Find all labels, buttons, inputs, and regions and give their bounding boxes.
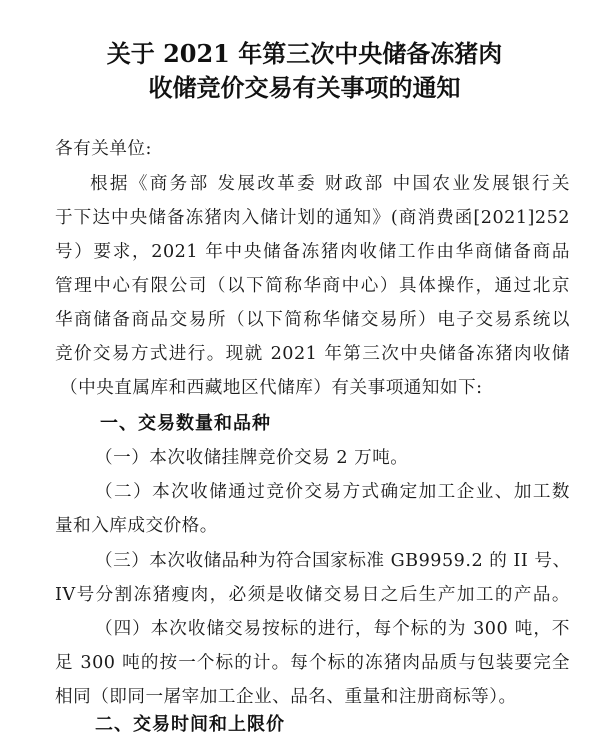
item-3-line: （三）本次收储品种为符合国家标准 GB9959.2 的 II 号、	[95, 547, 570, 572]
paragraph-1-line: （中央直属库和西藏地区代储库）有关事项通知如下:	[60, 374, 483, 399]
item-3-line: IV号分割冻猪瘦肉，必须是收储交易日之后生产加工的产品。	[55, 581, 570, 606]
document-title-line-2: 收储竞价交易有关事项的通知	[0, 68, 609, 103]
paragraph-1-line: 管理中心有限公司（以下简称华商中心）具体操作，通过北京	[55, 272, 570, 297]
paragraph-1-line: 于下达中央储备冻猪肉入储计划的通知》(商消费函[2021]252	[55, 204, 570, 229]
salutation: 各有关单位:	[55, 135, 152, 160]
item-2-line: （二）本次收储通过竞价交易方式确定加工企业、加工数	[95, 478, 570, 503]
item-4-line: 足 300 吨的按一个标的计。每个标的冻猪肉品质与包装要完全	[55, 649, 570, 674]
item-1: （一）本次收储挂牌竞价交易 2 万吨。	[95, 444, 408, 469]
item-4-line: （四）本次收储交易按标的进行，每个标的为 300 吨，不	[95, 615, 570, 640]
document-title-line-1: 关于 2021 年第三次中央储备冻猪肉	[0, 34, 609, 69]
paragraph-1-line: 根据《商务部 发展改革委 财政部 中国农业发展银行关	[90, 170, 570, 195]
paragraph-1-line: 华商储备商品交易所（以下简称华储交易所）电子交易系统以	[55, 306, 570, 331]
item-2-line: 量和入库成交价格。	[55, 512, 218, 537]
paragraph-1-line: 号）要求，2021 年中央储备冻猪肉收储工作由华商储备商品	[55, 238, 570, 263]
section-2-heading: 二、交易时间和上限价	[95, 710, 285, 736]
item-4-line: 相同（即同一屠宰加工企业、品名、重量和注册商标等）。	[55, 683, 517, 708]
document-page: 关于 2021 年第三次中央储备冻猪肉 收储竞价交易有关事项的通知 各有关单位:…	[0, 0, 609, 743]
paragraph-1-line: 竞价交易方式进行。现就 2021 年第三次中央储备冻猪肉收储	[55, 340, 570, 365]
section-1-heading: 一、交易数量和品种	[100, 409, 271, 435]
